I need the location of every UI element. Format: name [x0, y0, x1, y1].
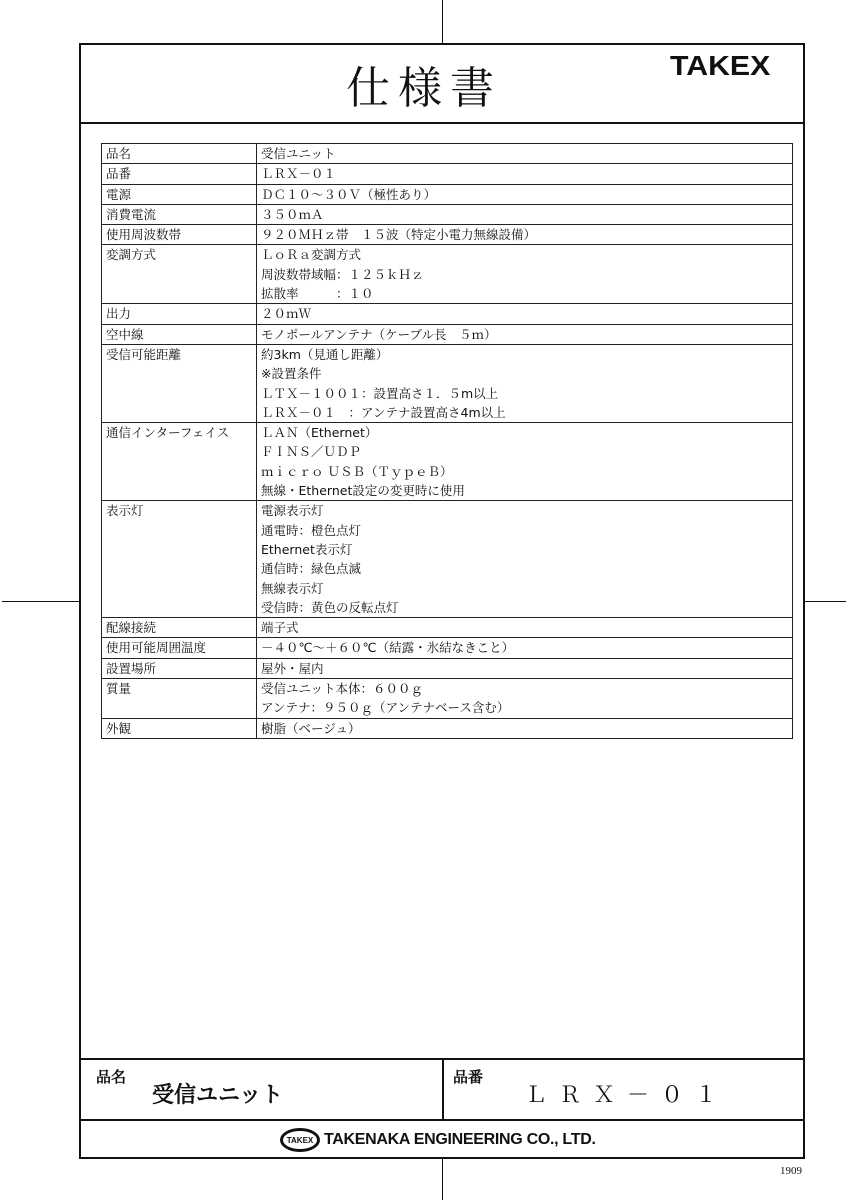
spec-label: 使用可能周囲温度	[102, 638, 257, 658]
spec-label: 設置場所	[102, 658, 257, 678]
crop-mark-bottom	[442, 1159, 443, 1200]
spec-value: ＬＲＸ－０１	[257, 164, 793, 184]
table-row: 受信可能距離約3km（見通し距離）※設置条件ＬＴＸ－１００１：設置高さ１．５m以…	[102, 344, 793, 422]
spec-value-line: －４０℃～＋６０℃（結露・氷結なきこと）	[261, 638, 788, 657]
spec-value-line: ３５０ｍＡ	[261, 205, 788, 224]
crop-mark-left	[2, 601, 79, 602]
spec-value-line: ＤＣ１０～３０Ｖ（極性あり）	[261, 185, 788, 204]
crop-mark-right	[805, 601, 846, 602]
spec-value-line: アンテナ：９５０ｇ（アンテナベース含む）	[261, 698, 788, 717]
spec-value-line: ＬＡＮ（Ethernet）	[261, 423, 788, 442]
spec-value-line: ｍｉｃｒｏ ＵＳＢ（ＴｙｐｅＢ）	[261, 462, 788, 481]
spec-value-line: 通信時：緑色点滅	[261, 559, 788, 578]
header-divider	[79, 122, 805, 124]
spec-table: 品名受信ユニット品番ＬＲＸ－０１電源ＤＣ１０～３０Ｖ（極性あり）消費電流３５０ｍ…	[101, 143, 793, 739]
spec-label-text: 設置場所	[106, 659, 252, 678]
spec-value-line: 樹脂（ベージュ）	[261, 719, 788, 738]
spec-label-text: 変調方式	[106, 245, 252, 264]
spec-label-text: 受信可能距離	[106, 345, 252, 364]
spec-label: 外観	[102, 718, 257, 738]
spec-value-line: 端子式	[261, 618, 788, 637]
spec-label-text: 品番	[106, 164, 252, 183]
company-block: TAKEX TAKENAKA ENGINEERING CO., LTD.	[280, 1128, 596, 1152]
spec-value: モノポールアンテナ（ケーブル長 ５ｍ）	[257, 324, 793, 344]
spec-value: 約3km（見通し距離）※設置条件ＬＴＸ－１００１：設置高さ１．５m以上ＬＲＸ－０…	[257, 344, 793, 422]
footer-name-value: 受信ユニット	[152, 1078, 283, 1109]
spec-label: 表示灯	[102, 501, 257, 618]
spec-value: 受信ユニット	[257, 144, 793, 164]
spec-label-text: 電源	[106, 185, 252, 204]
spec-value: 屋外・屋内	[257, 658, 793, 678]
spec-label-text: 消費電流	[106, 205, 252, 224]
spec-label-text: 出力	[106, 304, 252, 323]
document-number: 1909	[780, 1165, 802, 1177]
table-row: 消費電流３５０ｍＡ	[102, 204, 793, 224]
spec-value: 樹脂（ベージュ）	[257, 718, 793, 738]
takex-oval-logo-icon: TAKEX	[280, 1128, 320, 1152]
table-row: 表示灯電源表示灯通電時：橙色点灯Ethernet表示灯通信時：緑色点滅無線表示灯…	[102, 501, 793, 618]
spec-label: 変調方式	[102, 245, 257, 304]
table-row: 質量受信ユニット本体：６００ｇアンテナ：９５０ｇ（アンテナベース含む）	[102, 679, 793, 719]
spec-value-line: Ethernet表示灯	[261, 540, 788, 559]
footer-name-label: 品名	[96, 1066, 126, 1087]
spec-value-line: 拡散率 ：１０	[261, 284, 788, 303]
spec-value-line: ２０ｍＷ	[261, 304, 788, 323]
spec-value-line: 周波数帯域幅：１２５ｋＨｚ	[261, 265, 788, 284]
spec-label-text: 使用周波数帯	[106, 225, 252, 244]
spec-value-line: 無線表示灯	[261, 579, 788, 598]
spec-value-line: ＬＲＸ－０１	[261, 164, 788, 183]
spec-label: 通信インターフェイス	[102, 423, 257, 501]
spec-value-line: 受信時：黄色の反転点灯	[261, 598, 788, 617]
table-row: 外観樹脂（ベージュ）	[102, 718, 793, 738]
spec-value: －４０℃～＋６０℃（結露・氷結なきこと）	[257, 638, 793, 658]
crop-mark-top	[442, 0, 443, 43]
spec-label: 品番	[102, 164, 257, 184]
footer-code-value: ＬＲＸ－０１	[525, 1078, 729, 1109]
spec-value-line: 約3km（見通し距離）	[261, 345, 788, 364]
company-name: TAKENAKA ENGINEERING CO., LTD.	[324, 1131, 596, 1149]
spec-label: 品名	[102, 144, 257, 164]
spec-label-text: 配線接続	[106, 618, 252, 637]
table-row: 設置場所屋外・屋内	[102, 658, 793, 678]
table-row: 通信インターフェイスＬＡＮ（Ethernet）ＦＩＮＳ／ＵＤＰｍｉｃｒｏ ＵＳＢ…	[102, 423, 793, 501]
spec-label: 電源	[102, 184, 257, 204]
spec-label: 空中線	[102, 324, 257, 344]
spec-value-line: 受信ユニット本体：６００ｇ	[261, 679, 788, 698]
spec-value-line: 受信ユニット	[261, 144, 788, 163]
spec-value: 電源表示灯通電時：橙色点灯Ethernet表示灯通信時：緑色点滅無線表示灯受信時…	[257, 501, 793, 618]
spec-value-line: ９２０ＭＨｚ帯 １５波（特定小電力無線設備）	[261, 225, 788, 244]
spec-label: 受信可能距離	[102, 344, 257, 422]
spec-value: ＬｏＲａ変調方式周波数帯域幅：１２５ｋＨｚ拡散率 ：１０	[257, 245, 793, 304]
spec-label-text: 使用可能周囲温度	[106, 638, 252, 657]
spec-value: ９２０ＭＨｚ帯 １５波（特定小電力無線設備）	[257, 225, 793, 245]
spec-value: 端子式	[257, 618, 793, 638]
table-row: 使用周波数帯９２０ＭＨｚ帯 １５波（特定小電力無線設備）	[102, 225, 793, 245]
spec-label-text: 通信インターフェイス	[106, 423, 252, 442]
table-row: 品番ＬＲＸ－０１	[102, 164, 793, 184]
spec-label-text: 外観	[106, 719, 252, 738]
table-row: 空中線モノポールアンテナ（ケーブル長 ５ｍ）	[102, 324, 793, 344]
table-row: 使用可能周囲温度－４０℃～＋６０℃（結露・氷結なきこと）	[102, 638, 793, 658]
table-row: 品名受信ユニット	[102, 144, 793, 164]
spec-value-line: ＬＴＸ－１００１：設置高さ１．５m以上	[261, 384, 788, 403]
spec-value: ＬＡＮ（Ethernet）ＦＩＮＳ／ＵＤＰｍｉｃｒｏ ＵＳＢ（ＴｙｐｅＢ）無線・…	[257, 423, 793, 501]
spec-label: 質量	[102, 679, 257, 719]
spec-label-text: 表示灯	[106, 501, 252, 520]
spec-label: 配線接続	[102, 618, 257, 638]
table-row: 配線接続端子式	[102, 618, 793, 638]
spec-value-line: モノポールアンテナ（ケーブル長 ５ｍ）	[261, 325, 788, 344]
spec-value-line: 無線・Ethernet設定の変更時に使用	[261, 481, 788, 500]
spec-value-line: 電源表示灯	[261, 501, 788, 520]
spec-value-line: 屋外・屋内	[261, 659, 788, 678]
spec-value: 受信ユニット本体：６００ｇアンテナ：９５０ｇ（アンテナベース含む）	[257, 679, 793, 719]
footer-column-divider	[442, 1059, 444, 1120]
spec-label: 消費電流	[102, 204, 257, 224]
table-row: 電源ＤＣ１０～３０Ｖ（極性あり）	[102, 184, 793, 204]
spec-value: ＤＣ１０～３０Ｖ（極性あり）	[257, 184, 793, 204]
spec-value: ２０ｍＷ	[257, 304, 793, 324]
spec-value-line: ＬｏＲａ変調方式	[261, 245, 788, 264]
spec-label-text: 質量	[106, 679, 252, 698]
spec-value: ３５０ｍＡ	[257, 204, 793, 224]
spec-value-line: ＬＲＸ－０１ ：アンテナ設置高さ4m以上	[261, 403, 788, 422]
spec-label: 出力	[102, 304, 257, 324]
table-row: 出力２０ｍＷ	[102, 304, 793, 324]
table-row: 変調方式ＬｏＲａ変調方式周波数帯域幅：１２５ｋＨｚ拡散率 ：１０	[102, 245, 793, 304]
spec-label-text: 品名	[106, 144, 252, 163]
brand-logo: TAKEX	[670, 50, 770, 82]
spec-value-line: 通電時：橙色点灯	[261, 521, 788, 540]
spec-value-line: ＦＩＮＳ／ＵＤＰ	[261, 442, 788, 461]
spec-label: 使用周波数帯	[102, 225, 257, 245]
spec-label-text: 空中線	[106, 325, 252, 344]
spec-value-line: ※設置条件	[261, 364, 788, 383]
footer-code-label: 品番	[453, 1066, 483, 1087]
